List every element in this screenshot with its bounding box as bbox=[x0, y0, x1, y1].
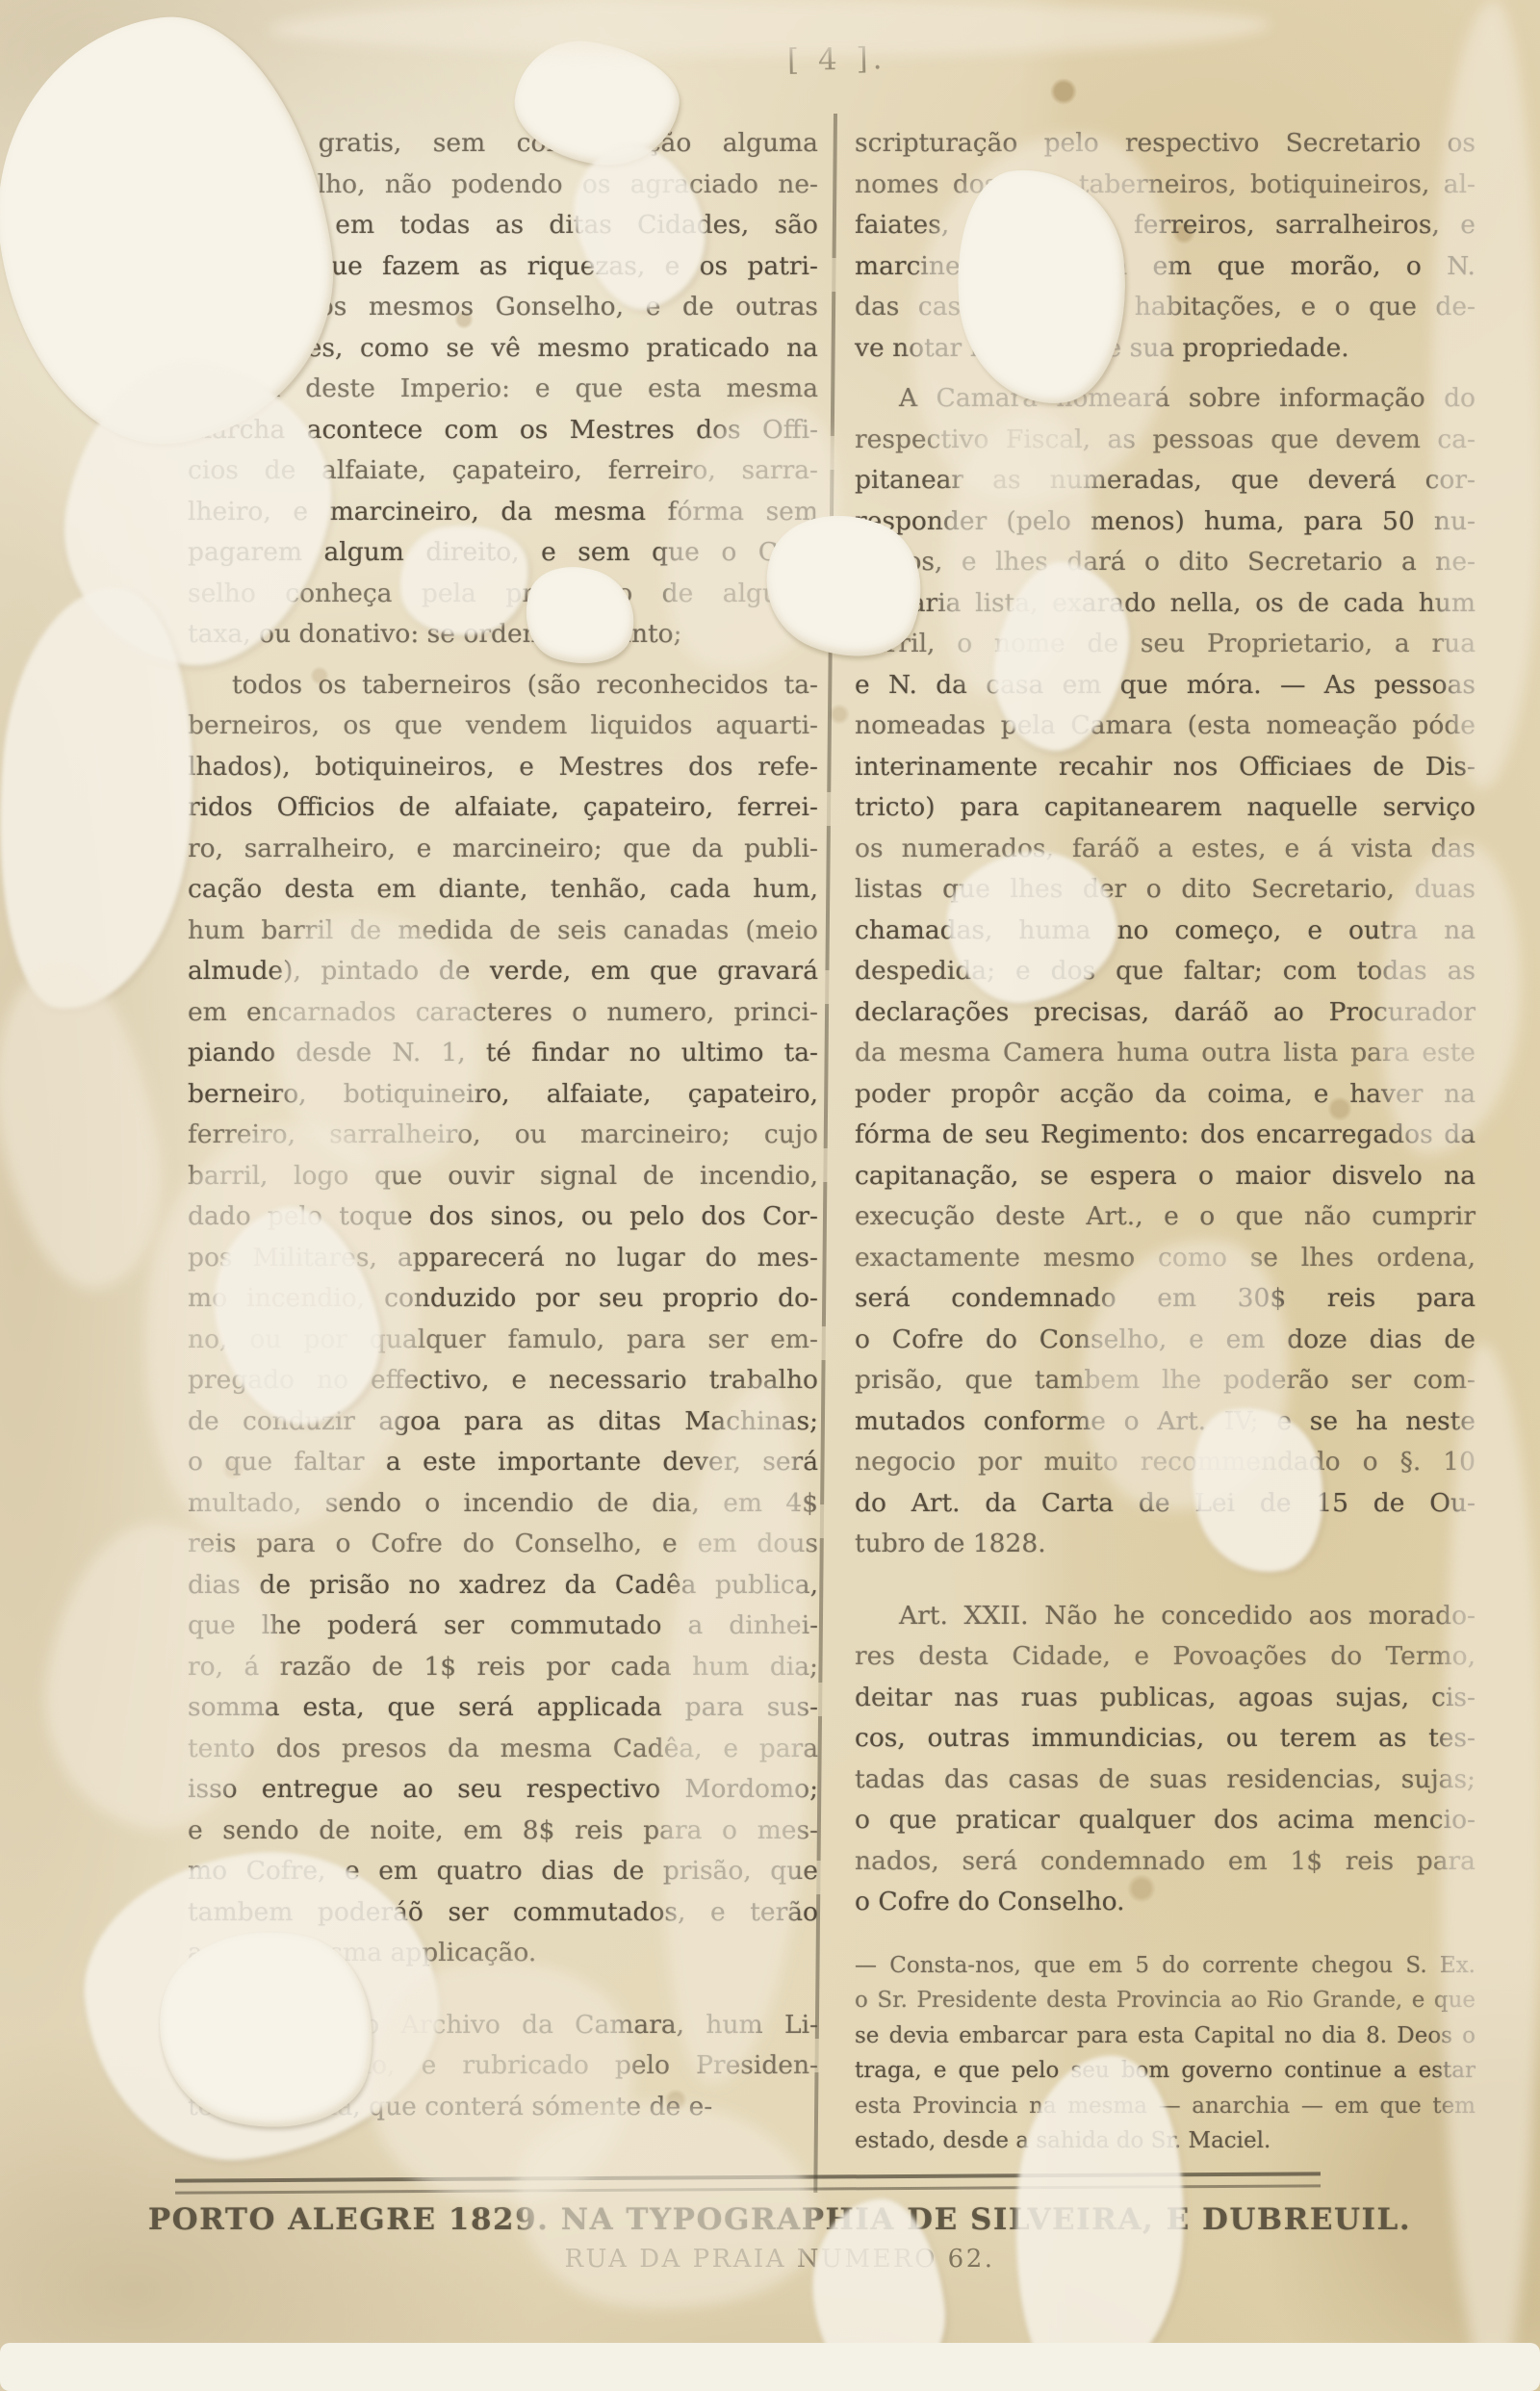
text-line: estado, desde a sahida do Sr. Maciel. bbox=[855, 2123, 1476, 2159]
text-line: marcha acontece com os Mestres dos Offi- bbox=[188, 410, 818, 451]
text-line: gar, que em todas as ditas Cidades, são bbox=[188, 205, 818, 246]
text-line: da mesma Camera huma outra lista para es… bbox=[855, 1033, 1476, 1074]
text-line: nomes dos taes taberneiros, botiquineiro… bbox=[855, 165, 1476, 206]
text-line: mo incendio, conduzido por seu proprio d… bbox=[188, 1278, 818, 1320]
page-number: [ 4 ]. bbox=[787, 41, 887, 78]
text-line: o que faltar a este importante dever, se… bbox=[188, 1442, 818, 1483]
text-line: nados, será condemnado em 1$ reis para bbox=[855, 1841, 1476, 1883]
text-line: ro, sarralheiro, e marcineiro; que da pu… bbox=[188, 829, 818, 870]
text-line: dado pelo toque dos sinos, ou pelo dos C… bbox=[188, 1196, 818, 1238]
text-line: no, ou por qualquer famulo, para ser em- bbox=[188, 1320, 818, 1361]
text-line: traga, e que pelo seu bom governo contin… bbox=[855, 2053, 1476, 2089]
text-line: vro numerado, e rubricado pelo Presiden- bbox=[188, 2045, 818, 2087]
text-line: aquella mesma applicação. bbox=[188, 1933, 818, 1974]
text-line: barril, logo que ouvir signal de incendi… bbox=[188, 1156, 818, 1197]
text-line: ridos Officios de alfaiate, çapateiro, f… bbox=[188, 787, 818, 829]
text-line: Art. XXII. Não he concedido aos morado- bbox=[855, 1596, 1476, 1637]
text-line: almude), pintado de verde, em que gravar… bbox=[188, 951, 818, 992]
text-line: lheiro, e marcineiro, da mesma fórma sem bbox=[188, 492, 818, 533]
text-line: e sendo de noite, em 8$ reis para o mes- bbox=[188, 1811, 818, 1852]
text-line: berneiro, botiquineiro, alfaiate, çapate… bbox=[188, 1074, 818, 1116]
imprint-line-publisher: PORTO ALEGRE 1829. NA TYPOGRAPHIA DE SIL… bbox=[144, 2202, 1415, 2237]
text-line: responder (pelo menos) huma, para 50 nu- bbox=[855, 501, 1476, 543]
text-line: marcineiros; a rua em que morão, o N. bbox=[855, 246, 1476, 288]
text-line: tubro de 1828. bbox=[855, 1524, 1476, 1565]
text-line: tambem poderáõ ser commutados, e terão bbox=[188, 1892, 818, 1934]
text-line: chamadas, huma no começo, e outra na bbox=[855, 911, 1476, 952]
text-line: multado, sendo o incendio de dia, em 4$ bbox=[188, 1483, 818, 1525]
text-line: te da mesma, que conterá sómente de e- bbox=[188, 2087, 818, 2128]
text-line: do Art. da Carta de Lei de 15 de Ou- bbox=[855, 1483, 1476, 1525]
text-line: lhados), botiquineiros, e Mestres dos re… bbox=[188, 747, 818, 788]
text-line: repartições, como se vê mesmo praticado … bbox=[188, 328, 818, 370]
text-line: deitar nas ruas publicas, agoas sujas, c… bbox=[855, 1678, 1476, 1719]
text-line: o Cofre do Conselho, e em doze dias de bbox=[855, 1320, 1476, 1361]
text-line: taxa, ou donativo: se ordena portanto; bbox=[188, 614, 818, 656]
text-line: que lhe poderá ser commutado a dinhei- bbox=[188, 1606, 818, 1647]
text-line: interinamente recahir nos Officiaes de D… bbox=[855, 747, 1476, 788]
text-line: prisão, que tambem lhe poderão ser com- bbox=[855, 1360, 1476, 1401]
text-line: elles os que fazem as riquezas, e os pat… bbox=[188, 246, 818, 288]
text-line: o que praticar qualquer dos acima mencio… bbox=[855, 1800, 1476, 1841]
text-line: cação desta em diante, tenhão, cada hum, bbox=[188, 869, 818, 911]
editorial-note-paragraph: — Consta-nos, que em 5 do corrente chego… bbox=[855, 1948, 1476, 2159]
text-line: de conduzir agoa para as ditas Machinas; bbox=[188, 1401, 818, 1443]
text-line: e N. da casa em que móra. — As pessoas bbox=[855, 665, 1476, 707]
body-paragraph: A Camara nomeará sobre informação doresp… bbox=[855, 378, 1476, 1565]
text-line: mutados conforme o Art. IV; e se ha nest… bbox=[855, 1401, 1476, 1443]
text-line: capitanação, se espera o maior disvelo n… bbox=[855, 1156, 1476, 1197]
text-line: barril, o nome de seu Proprietario, a ru… bbox=[855, 624, 1476, 665]
text-line: berneiros, os que vendem liquidos aquart… bbox=[188, 706, 818, 747]
body-paragraph: Art. XXII. Não he concedido aos morado-r… bbox=[855, 1596, 1476, 1923]
text-line: dias de prisão no xadrez da Cadêa public… bbox=[188, 1565, 818, 1607]
text-line: reis para o Cofre do Conselho, e em dous bbox=[188, 1524, 818, 1565]
text-line: pitanear as numeradas, que deverá cor- bbox=[855, 460, 1476, 501]
body-paragraph: Haverá no Archivo da Camara, hum Li-vro … bbox=[188, 2005, 818, 2128]
text-line: piando desde N. 1, té findar no ultimo t… bbox=[188, 1033, 818, 1074]
text-line: tadas das casas de suas residencias, suj… bbox=[855, 1760, 1476, 1801]
text-line: mo Cofre, e em quatro dias de prisão, qu… bbox=[188, 1851, 818, 1892]
text-line: meros, e lhes dará o dito Secretario a n… bbox=[855, 542, 1476, 583]
text-line: fórma de seu Regimento: dos encarregados… bbox=[855, 1115, 1476, 1156]
right-column: scripturação pelo respectivo Secretario … bbox=[855, 123, 1476, 2169]
text-line: hum barril de medida de seis canadas (me… bbox=[188, 911, 818, 952]
text-line: tricto) para capitanearem naquelle servi… bbox=[855, 787, 1476, 829]
text-line: as, ou gratis, sem compensação alguma bbox=[188, 123, 818, 165]
text-line: exactamente mesmo como se lhes ordena, bbox=[855, 1238, 1476, 1279]
printer-imprint: PORTO ALEGRE 1829. NA TYPOGRAPHIA DE SIL… bbox=[144, 2202, 1415, 2274]
text-line: selho conheça pela prestação de alguma bbox=[188, 574, 818, 615]
text-line: somma esta, que será applicada para sus- bbox=[188, 1687, 818, 1729]
body-paragraph: as, ou gratis, sem compensação algumaao … bbox=[188, 123, 818, 656]
text-line: declarações precisas, daráõ ao Procurado… bbox=[855, 992, 1476, 1034]
text-line: respectivo Fiscal, as pessoas que devem … bbox=[855, 420, 1476, 461]
text-line: cios de alfaiate, çapateiro, ferreiro, s… bbox=[188, 450, 818, 492]
text-line: isso entregue ao seu respectivo Mordomo; bbox=[188, 1769, 818, 1811]
text-line: Haverá no Archivo da Camara, hum Li- bbox=[188, 2005, 818, 2046]
text-line: poder propôr acção da coima, e haver na bbox=[855, 1074, 1476, 1116]
text-line: negocio por muito recommendado o §. 10 bbox=[855, 1442, 1476, 1483]
text-line: tento dos presos da mesma Cadêa, e para bbox=[188, 1729, 818, 1770]
text-line: faiates, çapateiros, ferreiros, sarralhe… bbox=[855, 205, 1476, 246]
text-line: será condemnado em 30$ reis para bbox=[855, 1278, 1476, 1320]
text-line: o Sr. Presidente desta Provincia ao Rio … bbox=[855, 1983, 1476, 2018]
text-line: ao Conselho, não podendo os agraciado ne… bbox=[188, 165, 818, 206]
text-line: ve notar no barril de sua propriedade. bbox=[855, 328, 1476, 370]
body-paragraph: scripturação pelo respectivo Secretario … bbox=[855, 123, 1476, 369]
text-line: listas que lhes der o dito Secretario, d… bbox=[855, 869, 1476, 911]
text-line: — Consta-nos, que em 5 do corrente chego… bbox=[855, 1948, 1476, 1984]
text-line: A Camara nomeará sobre informação do bbox=[855, 378, 1476, 420]
text-line: das casas de suas habitações, e o que de… bbox=[855, 287, 1476, 328]
text-line: scripturação pelo respectivo Secretario … bbox=[855, 123, 1476, 165]
text-line: esta Provincia na mesma — anarchia — em … bbox=[855, 2089, 1476, 2124]
text-line: cessaria lista, exarado nella, os de cad… bbox=[855, 583, 1476, 625]
text-line: todos os taberneiros (são reconhecidos t… bbox=[188, 665, 818, 707]
text-line: pos Militares, apparecerá no lugar do me… bbox=[188, 1238, 818, 1279]
text-line: execução deste Art., e o que não cumprir bbox=[855, 1196, 1476, 1238]
text-line: pagarem algum direito, e sem que o Con- bbox=[188, 532, 818, 574]
text-line: nomeadas pela Camara (esta nomeação póde bbox=[855, 706, 1476, 747]
text-line: monios dos mesmos Gonselho, e de outras bbox=[188, 287, 818, 328]
body-paragraph: todos os taberneiros (são reconhecidos t… bbox=[188, 665, 818, 1974]
text-line: pregado no effectivo, e necessario traba… bbox=[188, 1360, 818, 1401]
text-line: despedida; e dos que faltar; com todas a… bbox=[855, 951, 1476, 992]
text-line: cos, outras immundicias, ou terem as tes… bbox=[855, 1718, 1476, 1760]
left-column: as, ou gratis, sem compensação algumaao … bbox=[188, 123, 818, 2137]
text-line: o Cofre do Conselho. bbox=[855, 1882, 1476, 1923]
text-line: ferreiro, sarralheiro, ou marcineiro; cu… bbox=[188, 1115, 818, 1156]
imprint-line-address: RUA DA PRAIA NUMERO 62. bbox=[144, 2245, 1415, 2274]
text-line: res desta Cidade, e Povoações do Termo, bbox=[855, 1636, 1476, 1678]
text-line: Capital deste Imperio: e que esta mesma bbox=[188, 369, 818, 410]
text-line: ro, á razão de 1$ reis por cada hum dia; bbox=[188, 1647, 818, 1688]
text-line: se devia embarcar para esta Capital no d… bbox=[855, 2018, 1476, 2054]
text-line: os numerados, faráõ a estes, e á vista d… bbox=[855, 829, 1476, 870]
text-line: em encarnados caracteres o numero, princ… bbox=[188, 992, 818, 1034]
